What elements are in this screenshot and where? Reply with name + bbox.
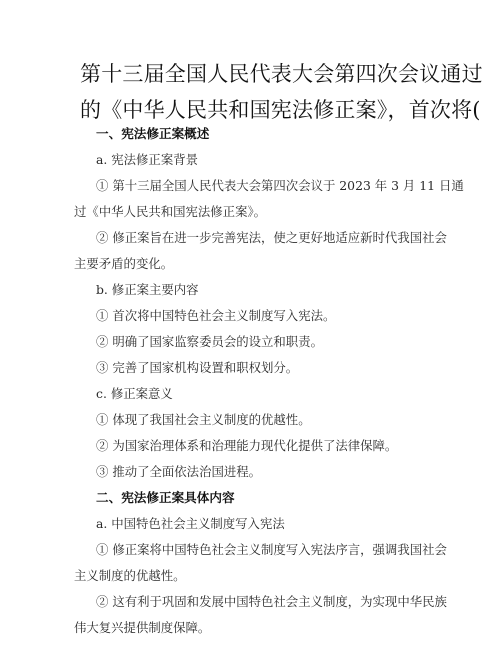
document-title-line-2: 的《中华人民共和国宪法修正案》，首次将( <box>80 100 425 121</box>
subsection-heading: b. 修正案主要内容 <box>96 284 199 296</box>
body-text-line: ① 首次将中国特色社会主义制度写入宪法。 <box>96 310 335 322</box>
body-text-line: ② 明确了国家监察委员会的设立和职责。 <box>96 336 323 348</box>
body-text-line: 主义制度的优越性。 <box>74 570 186 582</box>
body-text-line: ③ 完善了国家机构设置和职权划分。 <box>96 362 298 374</box>
body-text-line: 主要矛盾的变化。 <box>74 258 173 270</box>
subsection-heading: a. 宪法修正案背景 <box>96 154 198 166</box>
body-text-line: ② 修正案旨在进一步完善宪法，使之更好地适应新时代我国社会 <box>96 232 447 244</box>
subsection-heading: a. 中国特色社会主义制度写入宪法 <box>96 518 285 530</box>
body-text-line: ① 修正案将中国特色社会主义制度写入宪法序言，强调我国社会 <box>96 544 447 556</box>
document-title-line-1: 第十三届全国人民代表大会第四次会议通过 <box>80 64 425 85</box>
body-text-line: ③ 推动了全面依法治国进程。 <box>96 466 261 478</box>
document-page: 第十三届全国人民代表大会第四次会议通过 的《中华人民共和国宪法修正案》，首次将(… <box>0 0 500 647</box>
section-heading: 一、宪法修正案概述 <box>96 128 209 141</box>
body-text-line: ② 这有利于巩固和发展中国特色社会主义制度，为实现中华民族 <box>96 596 447 608</box>
body-text-line: 过《中华人民共和国宪法修正案》。 <box>74 206 266 218</box>
body-text-line: ① 第十三届全国人民代表大会第四次会议于 2023 年 3 月 11 日通 <box>96 180 464 192</box>
section-heading: 二、宪法修正案具体内容 <box>96 492 235 505</box>
body-text-line: 伟大复兴提供制度保障。 <box>74 622 210 634</box>
body-text-line: ① 体现了我国社会主义制度的优越性。 <box>96 414 311 426</box>
body-text-line: ② 为国家治理体系和治理能力现代化提供了法律保障。 <box>96 440 397 452</box>
subsection-heading: c. 修正案意义 <box>96 388 173 400</box>
